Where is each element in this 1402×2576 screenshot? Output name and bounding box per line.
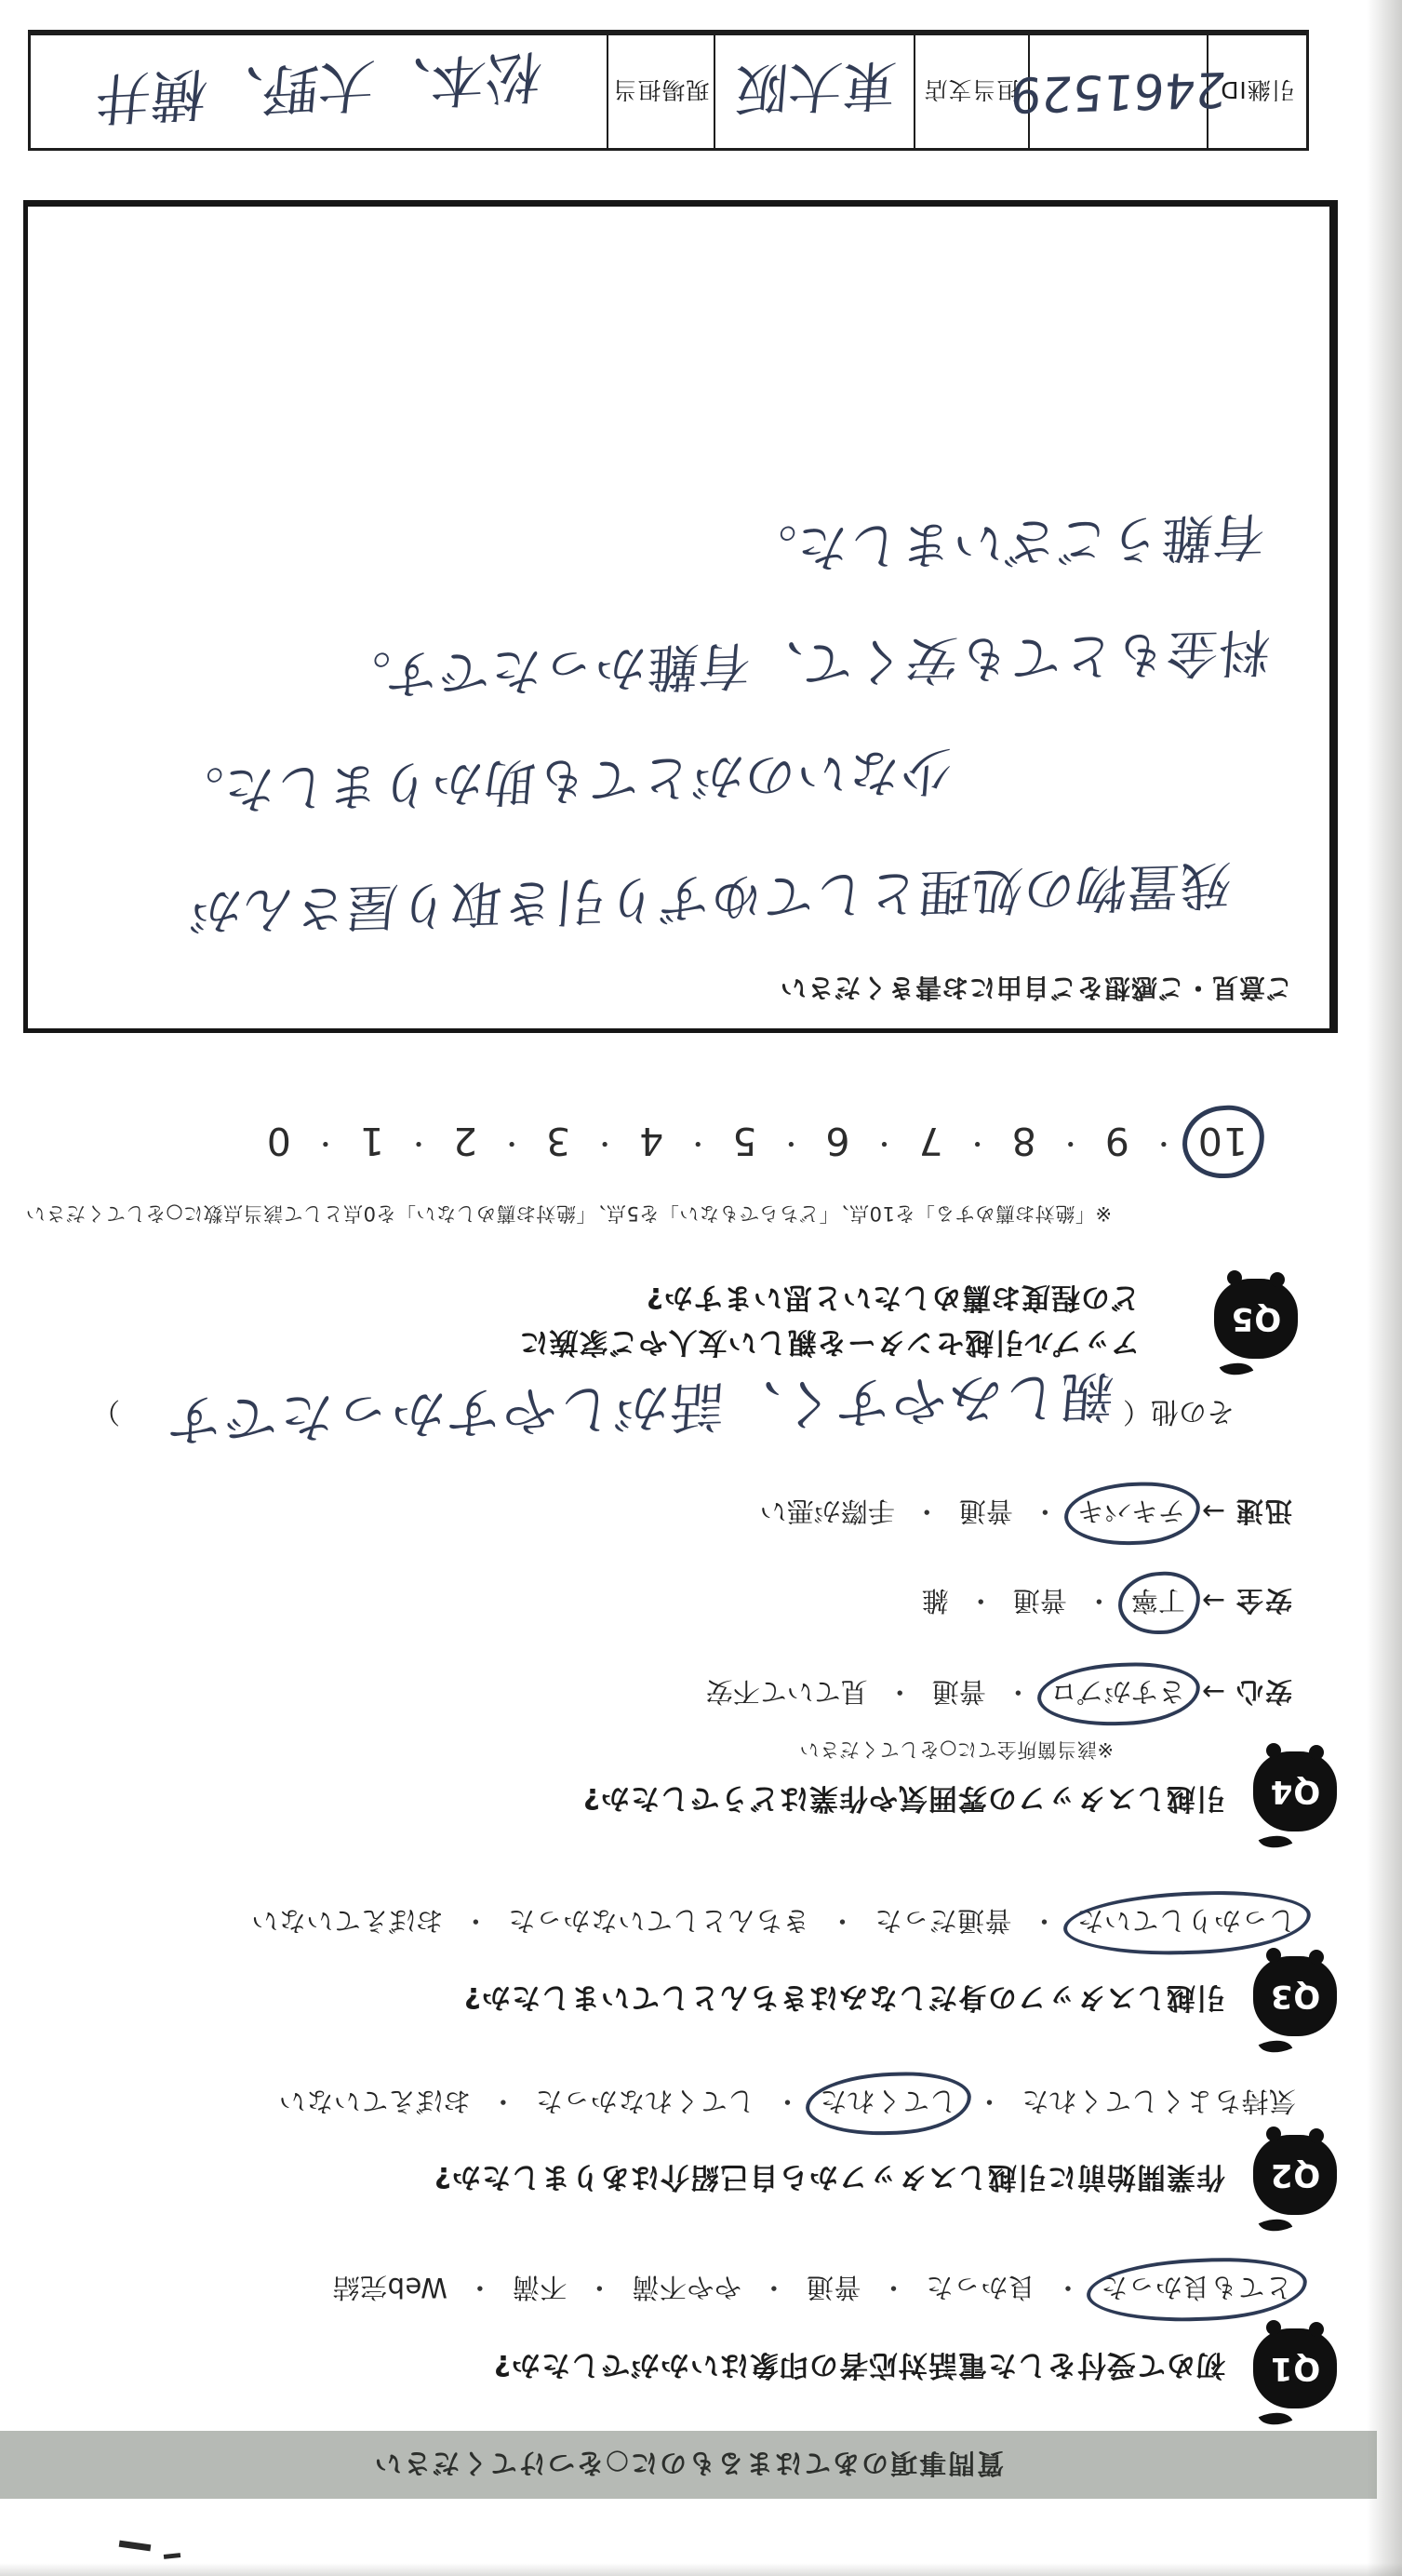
q5-note: ※「絶対お薦めする」を10点、「どちらでもない」を5点、「絶対お薦めしない」を0… — [25, 1201, 1112, 1228]
q2-question: 作業開始前に引越しスタッフから自己紹介はありましたか? — [434, 2154, 1225, 2199]
q4-option: テキパキ — [1077, 1494, 1185, 1532]
q5-scale: 109876543210 — [266, 1119, 1248, 1163]
q4-row3-selected-circle: テキパキ — [1077, 1494, 1185, 1532]
q4-option: 普通 — [932, 1674, 1050, 1712]
q1-question: 初めて受付をした電話対応者の印象はいかがでしたか? — [493, 2342, 1225, 2387]
q5-question: アップル引越センターを親しい友人やご家族に どの程度お薦めしたいと思いますか? — [519, 1275, 1140, 1364]
q1-mascot-icon: Q1 — [1253, 2328, 1337, 2408]
comment-prompt: ご意見・ご感想をご自由にお書きください — [780, 971, 1292, 1008]
q4-row1-selected-circle: さすがプロ — [1050, 1674, 1185, 1712]
q1-option: Web完結 — [332, 2270, 512, 2308]
q5-scale-num: 3 — [545, 1119, 638, 1163]
q4-aspect: 安心 — [1235, 1676, 1292, 1708]
q5-scale-10-circled: 10 — [1197, 1119, 1248, 1163]
right-arrow-icon: → — [1185, 1584, 1235, 1617]
q5-mascot-icon: Q5 — [1214, 1279, 1298, 1359]
q5-scale-num: 2 — [452, 1119, 545, 1163]
q1-options: とても良かった良かった普通やや不満不満Web完結 — [332, 2270, 1292, 2308]
q4-option: 普通 — [959, 1494, 1077, 1532]
q4-label: Q4 — [1270, 1773, 1321, 1810]
q4-option: 雑 — [922, 1583, 1013, 1621]
comment-line: 有難うございました。 — [743, 510, 1264, 584]
q4-aspect: 安全 — [1235, 1585, 1292, 1617]
q5-scale-num: 4 — [638, 1119, 731, 1163]
header-band-text: 質問事項のあてはまるものに○をつけてください — [373, 2446, 1004, 2484]
q4-row-anshin: 安心→さすがプロ普通見ていて不安 — [706, 1674, 1292, 1712]
handoff-id-handwriting: 2461529 — [1008, 60, 1228, 122]
right-arrow-icon: → — [1185, 1495, 1235, 1527]
survey-sheet: 質問事項のあてはまるものに○をつけてください Q1 初めて受付をした電話対応者の… — [0, 0, 1402, 2576]
q1-option: 良かった — [926, 2270, 1101, 2308]
q5-scale-num: 5 — [731, 1119, 824, 1163]
open-paren: （ — [1123, 1395, 1151, 1428]
close-paren: ） — [92, 1395, 157, 1428]
q2-label: Q2 — [1270, 2156, 1321, 2194]
q4-question: 引越しスタッフの雰囲気や作業はどうでしたか? — [582, 1776, 1225, 1820]
q3-option: きちんとしていなかった — [508, 1903, 875, 1941]
branch-value-cell: 東大阪 — [715, 35, 915, 148]
branch-handwriting: 東大阪 — [730, 50, 899, 133]
q2-option: してくれた — [820, 2084, 1021, 2122]
q1-label: Q1 — [1270, 2350, 1321, 2387]
q1-selected-circle: とても良かった — [1100, 2270, 1292, 2308]
q3-question: 引越しスタッフの身だしなみはきちんとしていましたか? — [463, 1975, 1225, 2019]
q5-scale-num: 1 — [359, 1119, 452, 1163]
q4-row2-selected-circle: 丁寧 — [1131, 1583, 1185, 1621]
q5-scale-num: 8 — [1011, 1119, 1104, 1163]
comment-box: ご意見・ご感想をご自由にお書きください 残置物の処理としてゆずり引き取り屋さんが… — [23, 200, 1338, 1033]
q5-scale-num: 9 — [1104, 1119, 1197, 1163]
q3-label: Q3 — [1270, 1978, 1321, 2015]
comment-line: 少ないのがとても助かりました。 — [170, 748, 952, 822]
q5-label: Q5 — [1231, 1300, 1282, 1337]
q2-mascot-icon: Q2 — [1253, 2135, 1337, 2215]
q4-mascot-icon: Q4 — [1253, 1751, 1337, 1831]
q2-selected-circle: してくれた — [820, 2084, 957, 2122]
q2-options: 気持ちよくしてくれたしてくれたしてくれなかったおぼえていない — [278, 2084, 1296, 2122]
q1-option: 不満 — [512, 2270, 632, 2308]
q2-option: おぼえていない — [278, 2084, 535, 2122]
q5-question-line2: どの程度お薦めしたいと思いますか? — [519, 1275, 1140, 1320]
q4-option: 普通 — [1013, 1583, 1131, 1621]
staff-names-handwriting: 松本、大野、横井 — [92, 40, 545, 144]
handoff-table: 引継ID 2461529 担当支店 東大阪 現場担当 松本、大野、横井 — [28, 30, 1309, 151]
staff-value-cell: 松本、大野、横井 — [31, 35, 608, 148]
header-band: 質問事項のあてはまるものに○をつけてください — [0, 2431, 1377, 2499]
q4-row-jinsoku: 迅速→テキパキ普通手際が悪い — [760, 1494, 1292, 1532]
q4-other-label: その他 — [1151, 1395, 1235, 1428]
q4-note: ※該当箇所全てに○をしてください — [799, 1737, 1114, 1764]
q3-options: しっかりしていた普通だったきちんとしていなかったおぼえていない — [251, 1903, 1296, 1941]
q4-other-row: その他（ 親しみやすく、話がしやすかったです ） — [92, 1374, 1235, 1452]
q5-scale-num: 0 — [266, 1119, 359, 1163]
q3-option: おぼえていない — [251, 1903, 508, 1941]
q4-aspect: 迅速 — [1235, 1496, 1292, 1527]
q1-option: 普通 — [806, 2270, 926, 2308]
q3-mascot-icon: Q3 — [1253, 1956, 1337, 2036]
comment-line: 残置物の処理としてゆずり引き取り屋さんが — [189, 865, 1231, 939]
q3-option: 普通だった — [875, 1903, 1076, 1941]
q4-option: 見ていて不安 — [706, 1674, 932, 1712]
q4-option: 手際が悪い — [760, 1494, 959, 1532]
staff-label-cell: 現場担当 — [608, 35, 715, 148]
q3-option: しっかりしていた — [1076, 1903, 1296, 1941]
q4-other-handwriting: 親しみやすく、話がしやすかったです — [163, 1362, 1116, 1465]
right-arrow-icon: → — [1185, 1675, 1235, 1708]
comment-line: 料金もとても安くて、有難かったです。 — [337, 631, 1270, 704]
q2-option: してくれなかった — [535, 2084, 820, 2122]
q5-question-line1: アップル引越センターを親しい友人やご家族に — [519, 1320, 1140, 1364]
q2-option: 気持ちよくしてくれた — [1021, 2084, 1296, 2122]
q1-option: とても良かった — [1100, 2270, 1292, 2308]
q1-option: やや不満 — [632, 2270, 807, 2308]
q4-row-anzen: 安全→丁寧普通雑 — [922, 1583, 1292, 1621]
q4-option: 丁寧 — [1131, 1583, 1185, 1621]
q3-selected-circle: しっかりしていた — [1076, 1903, 1296, 1941]
handoff-id-value-cell: 2461529 — [1030, 35, 1208, 148]
q5-scale-num: 7 — [918, 1119, 1011, 1163]
q5-scale-num: 6 — [824, 1119, 917, 1163]
q4-option: さすがプロ — [1050, 1674, 1185, 1712]
